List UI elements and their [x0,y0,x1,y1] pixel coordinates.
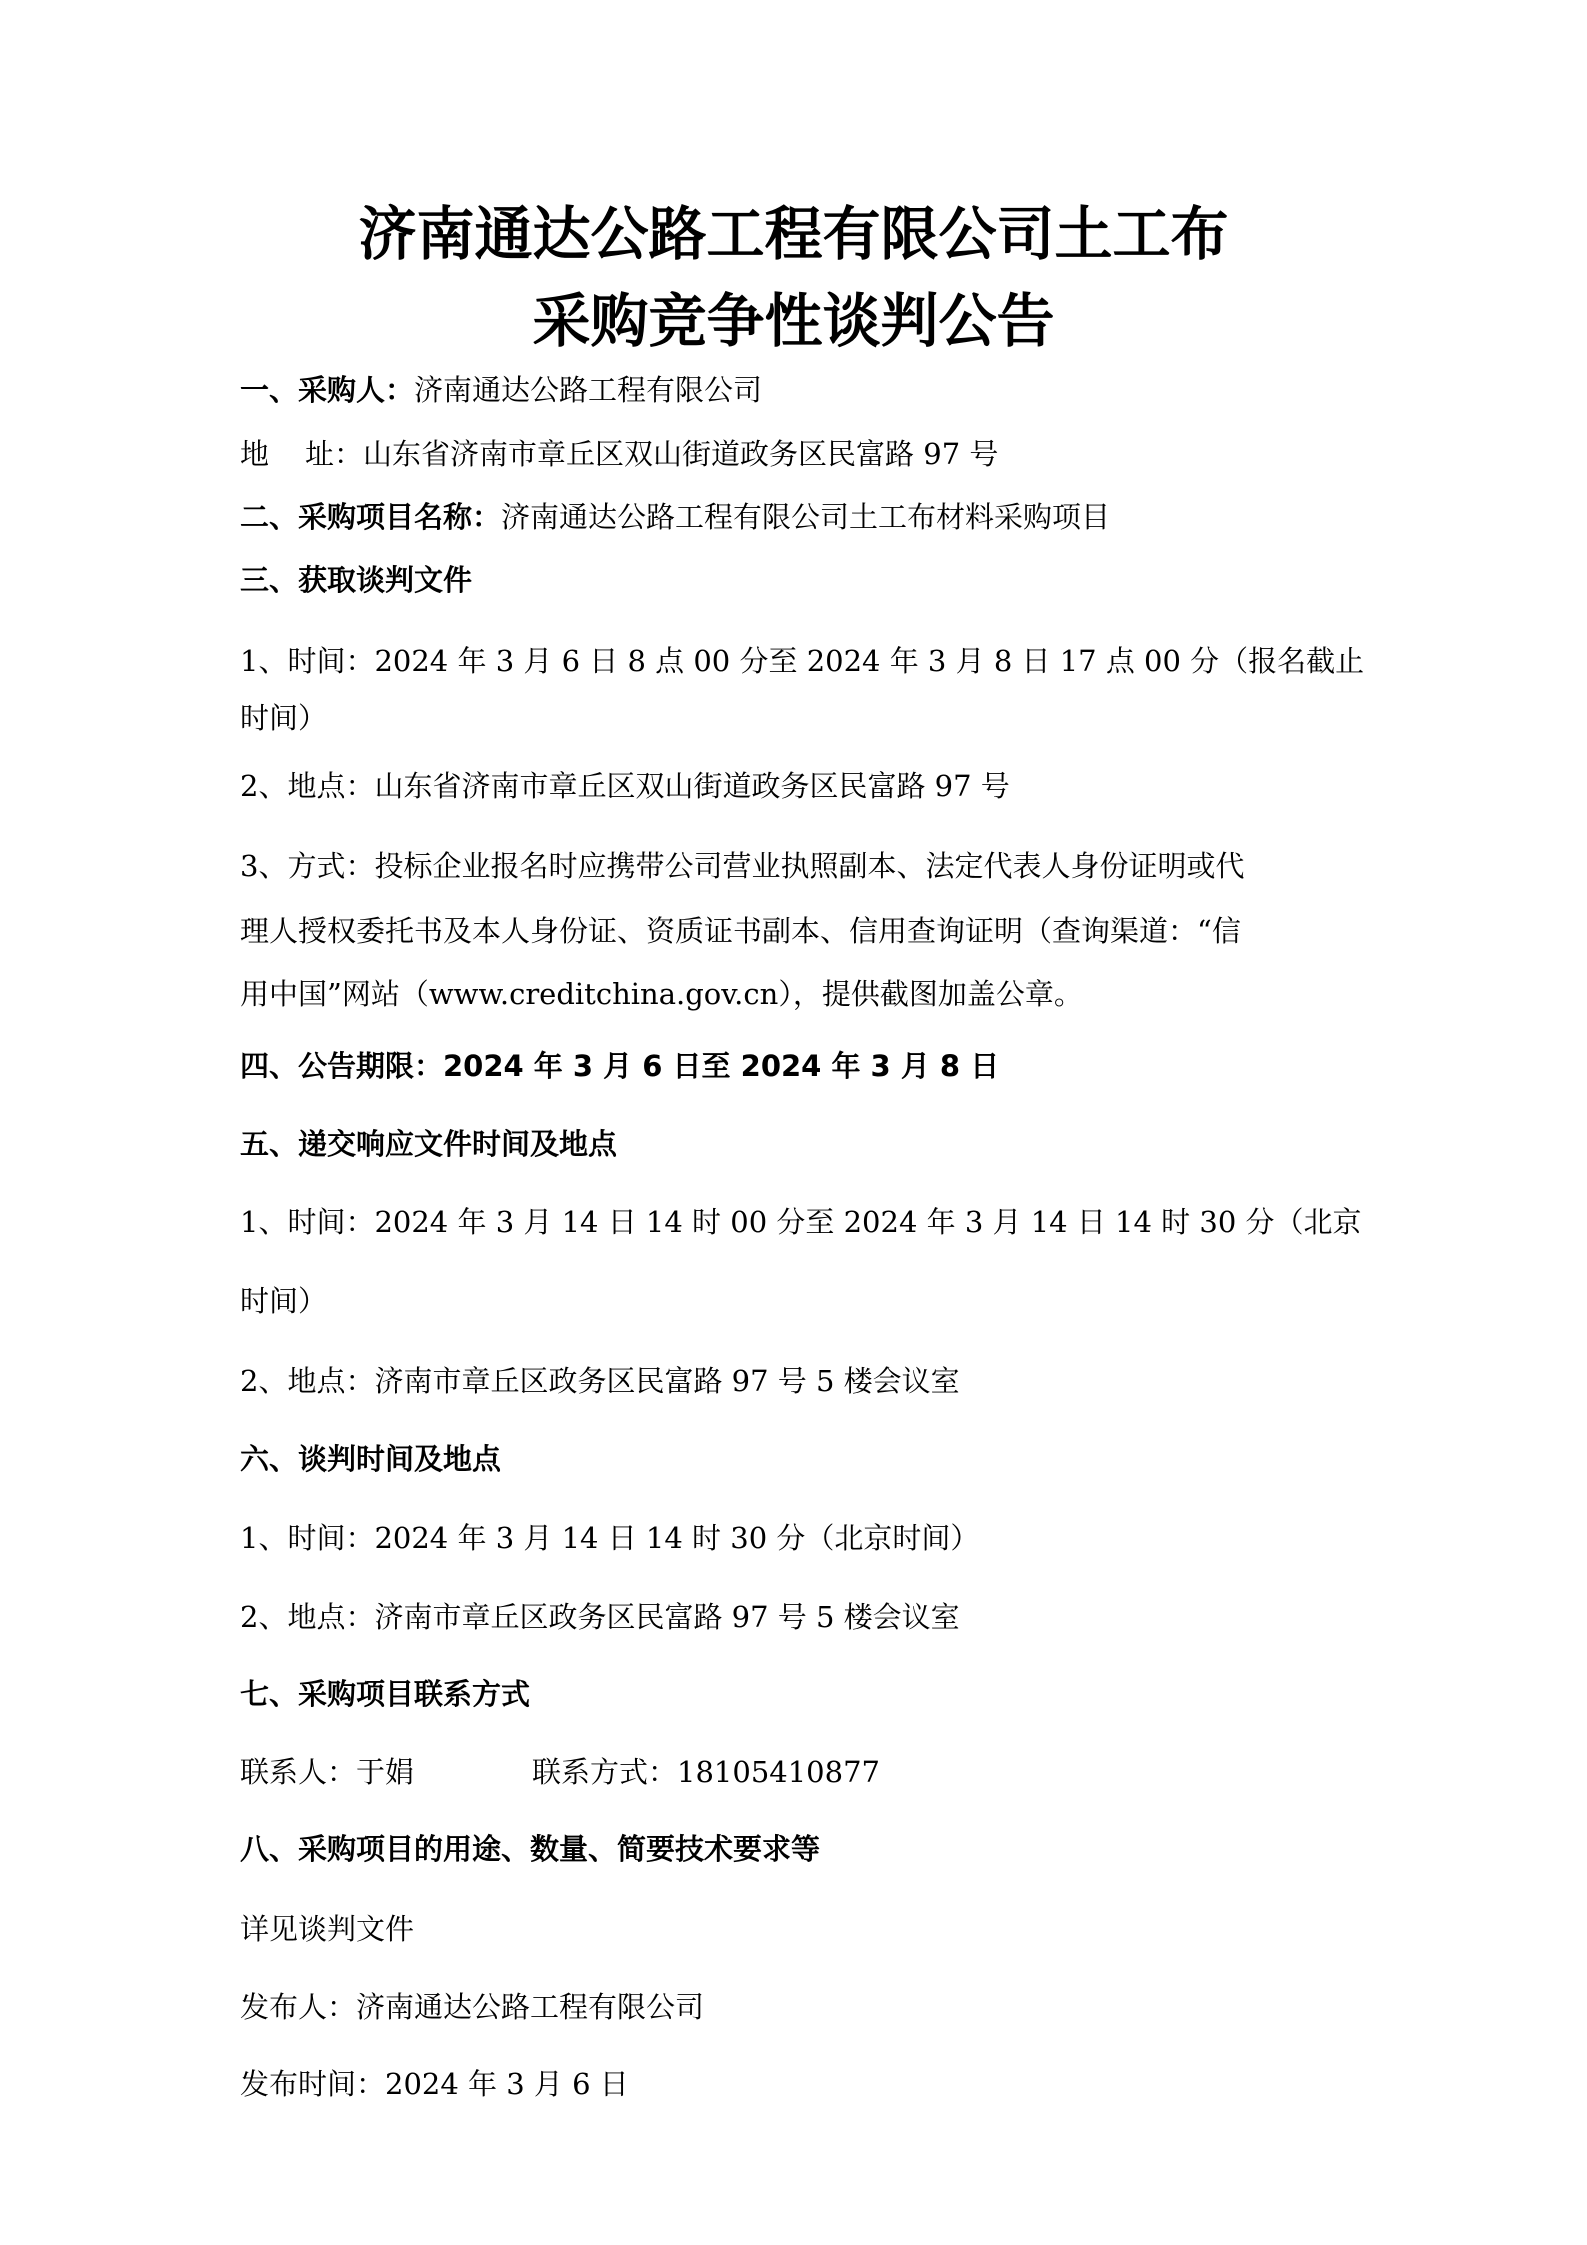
address-value: 山东省济南市章丘区双山街道政务区民富路 97 号 [363,437,998,471]
publish-date: 发布时间：2024 年 3 月 6 日 [240,2070,1360,2099]
section3-item3-line2: 理人授权委托书及本人身份证、资质证书副本、信用查询证明（查询渠道：“信 [240,917,1360,946]
purchaser-value: 济南通达公路工程有限公司 [414,373,762,407]
section4-heading: 四、公告期限：2024 年 3 月 6 日至 2024 年 3 月 8 日 [240,1052,1360,1081]
project-name-label: 二、采购项目名称： [240,500,501,534]
section3-item3-line1: 3、方式：投标企业报名时应携带公司营业执照副本、法定代表人身份证明或代 [240,852,1360,881]
section6-item2: 2、地点：济南市章丘区政务区民富路 97 号 5 楼会议室 [240,1603,1360,1632]
section3-item1-line2: 时间） [240,704,1360,733]
section3-item3-line3: 用中国”网站（www.creditchina.gov.cn），提供截图加盖公章。 [240,980,1360,1009]
address-label-a: 地 [240,437,269,471]
document-title-line1: 济南通达公路工程有限公司土工布 [0,205,1587,263]
contact-phone: 联系方式：18105410877 [532,1755,880,1789]
project-name-value: 济南通达公路工程有限公司土工布材料采购项目 [501,500,1110,534]
section3-item2: 2、地点：山东省济南市章丘区双山街道政务区民富路 97 号 [240,772,1360,801]
section3-item1-line1: 1、时间：2024 年 3 月 6 日 8 点 00 分至 2024 年 3 月… [240,647,1360,676]
purchaser-line: 一、采购人：济南通达公路工程有限公司 [240,376,1360,405]
document-title-line2: 采购竞争性谈判公告 [0,292,1587,350]
section6-heading: 六、谈判时间及地点 [240,1445,1360,1474]
address-label-b: 址： [305,437,363,471]
contact-line: 联系人：于娟联系方式：18105410877 [240,1758,1360,1787]
document-page: 济南通达公路工程有限公司土工布 采购竞争性谈判公告 一、采购人：济南通达公路工程… [0,0,1587,2245]
section8-detail: 详见谈判文件 [240,1915,1360,1944]
address-line: 地址：山东省济南市章丘区双山街道政务区民富路 97 号 [240,440,1360,469]
section8-heading: 八、采购项目的用途、数量、简要技术要求等 [240,1835,1360,1864]
section6-item1: 1、时间：2024 年 3 月 14 日 14 时 30 分（北京时间） [240,1524,1360,1553]
contact-person: 联系人：于娟 [240,1755,414,1789]
project-name-line: 二、采购项目名称：济南通达公路工程有限公司土工布材料采购项目 [240,503,1360,532]
section5-heading: 五、递交响应文件时间及地点 [240,1130,1360,1159]
section3-heading: 三、获取谈判文件 [240,566,1360,595]
purchaser-label: 一、采购人： [240,373,414,407]
publisher: 发布人：济南通达公路工程有限公司 [240,1993,1360,2022]
section5-item2: 2、地点：济南市章丘区政务区民富路 97 号 5 楼会议室 [240,1367,1360,1396]
section7-heading: 七、采购项目联系方式 [240,1680,1360,1709]
section5-item1-line1: 1、时间：2024 年 3 月 14 日 14 时 00 分至 2024 年 3… [240,1208,1360,1237]
section5-item1-line2: 时间） [240,1287,1360,1316]
